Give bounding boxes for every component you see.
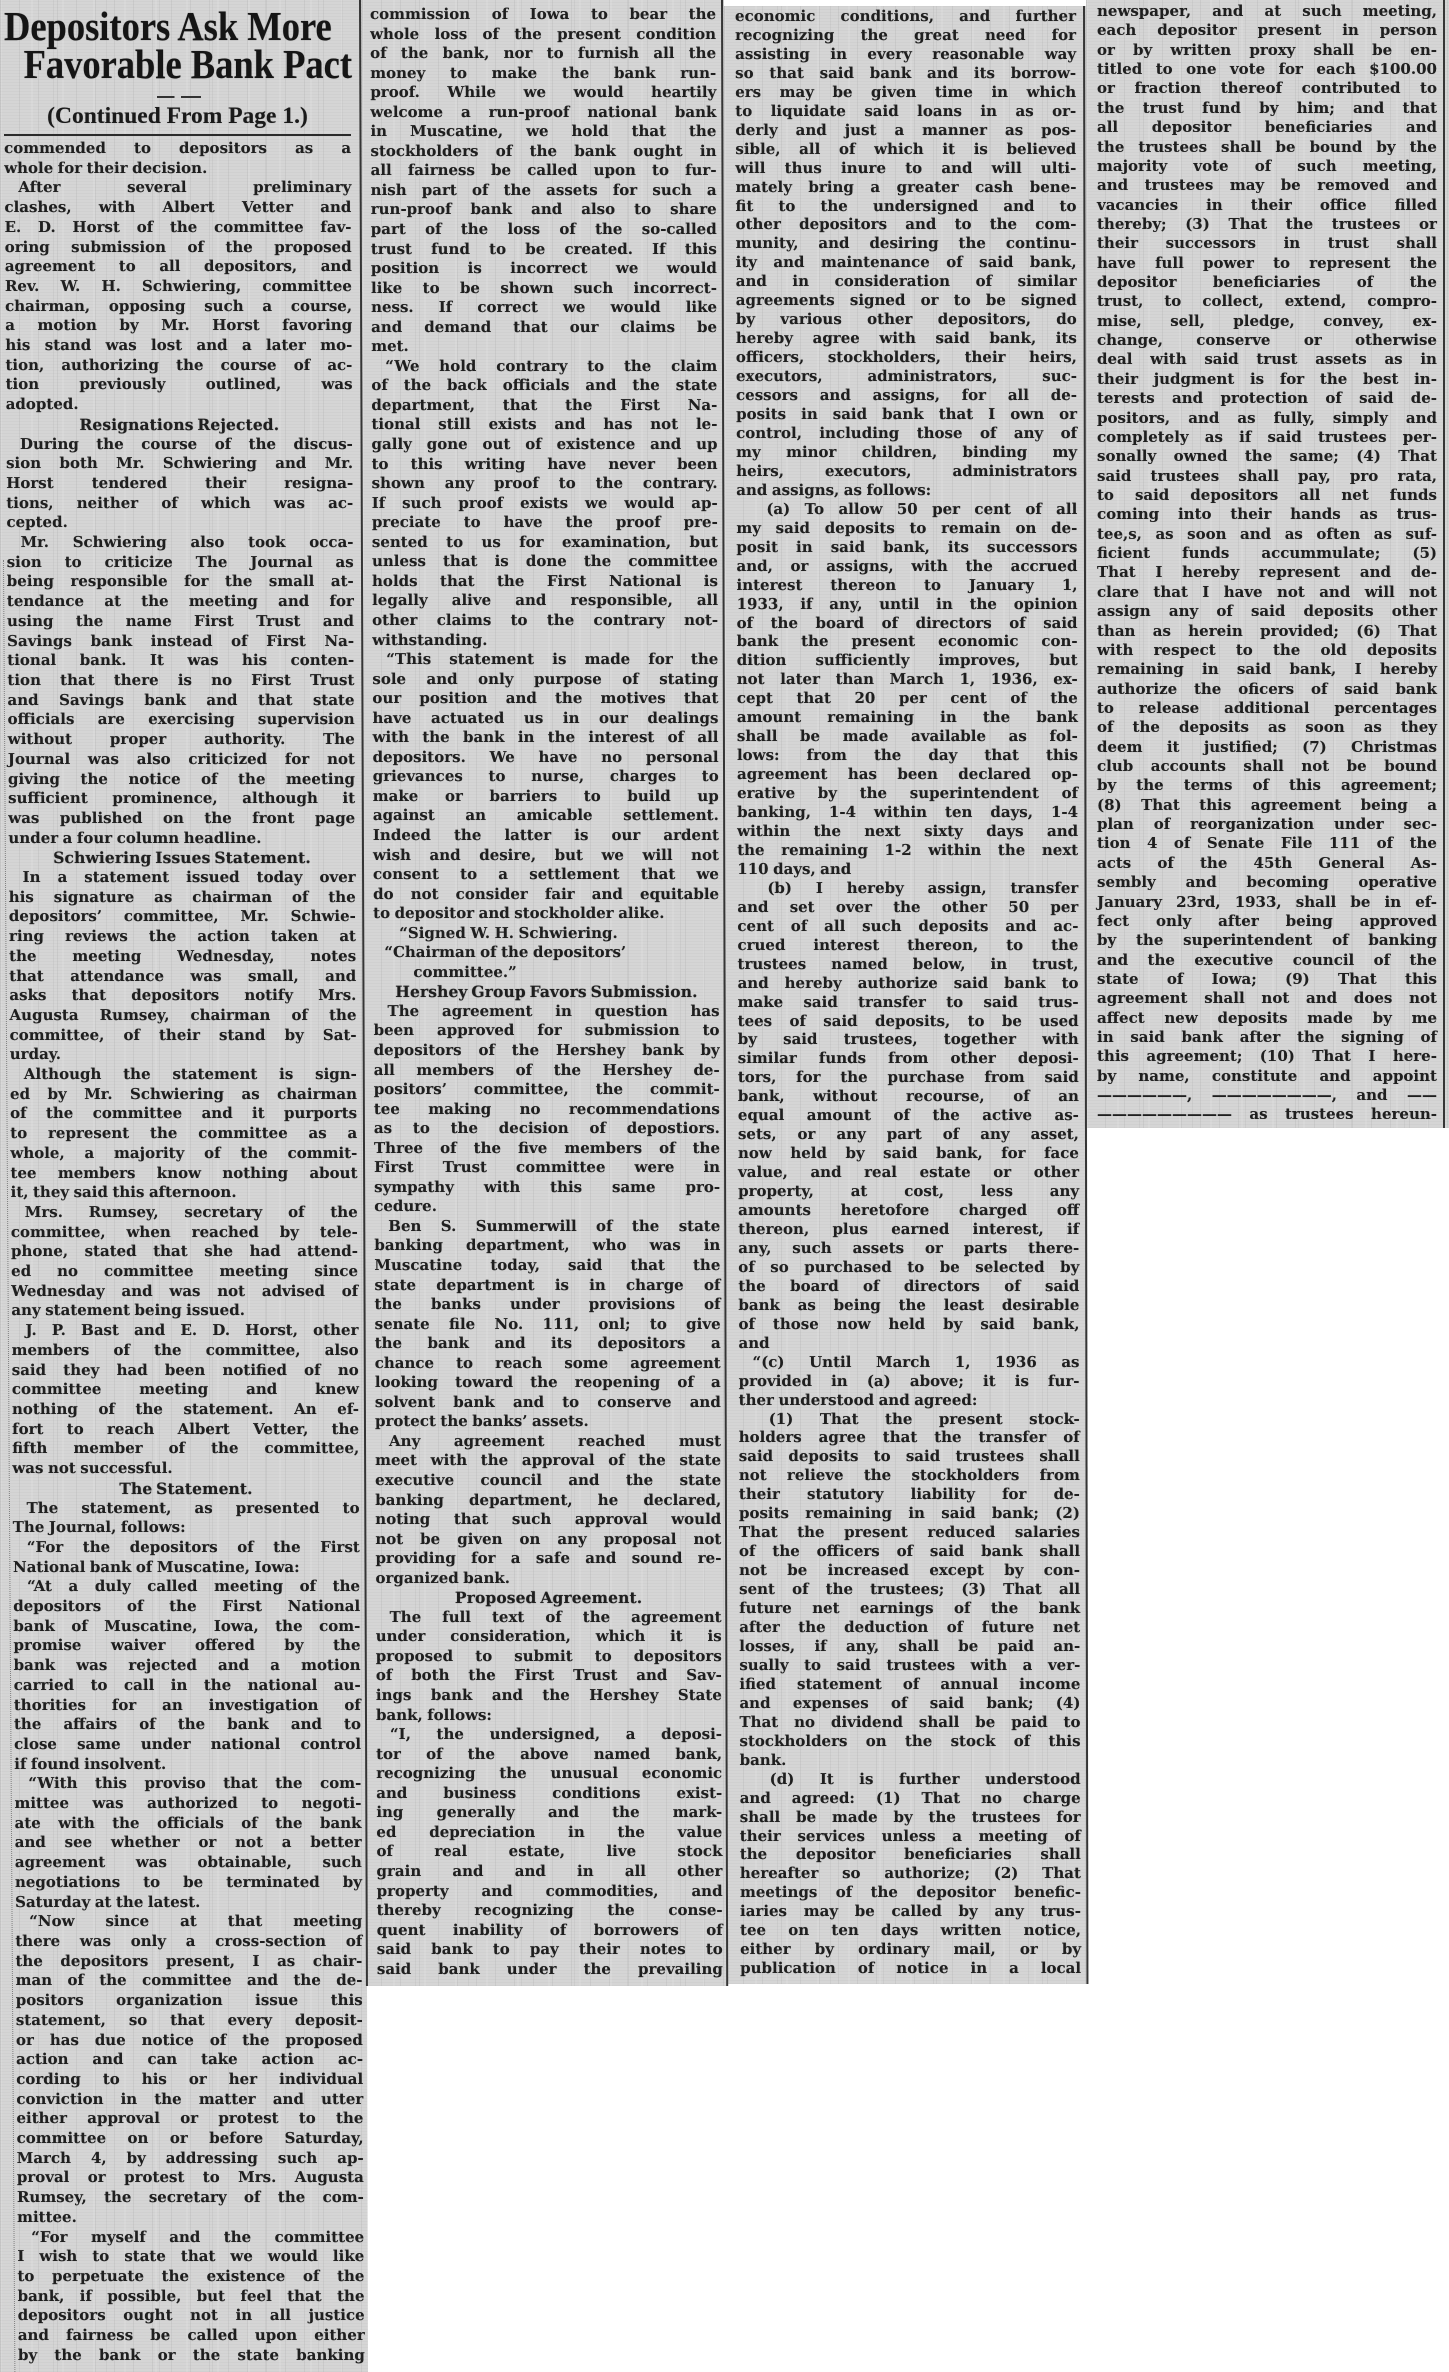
text-line: havefullpowertorepresentthe [1097,254,1437,273]
word: pledge, [1233,312,1294,331]
text-line: “Withthisprovisothatthecom- [14,1774,361,1794]
text-line: 110days,and [737,860,1078,879]
word: only [1156,912,1191,931]
word: held [790,1144,827,1163]
text-line: ersmaybegiventimeinwhich [735,83,1076,102]
word: depositor [1157,21,1237,40]
word: the [1410,273,1437,292]
word: deposits, [875,1012,950,1031]
word: crued [737,936,785,955]
word: Three [374,1139,423,1159]
word: is [704,572,718,592]
word: part [371,220,406,240]
word: majority [114,1144,184,1164]
headline-line-2: Favorable Bank Pact [24,44,352,84]
word: Proposed [455,1588,537,1608]
word: department [436,1276,534,1296]
word: grain [376,1862,421,1882]
word: com- [319,1617,360,1637]
word: to [946,993,963,1012]
word: officials [8,710,75,730]
word: trustees [1145,176,1214,195]
word: authorize; [884,1864,970,1883]
word: be [940,1258,960,1277]
word: executors, [825,462,912,481]
word: of [123,1026,140,1046]
text-line: statement,sothateverydeposit- [16,2011,363,2031]
word: of [10,1104,27,1124]
word: us [481,533,500,553]
word: would [667,259,717,279]
word: convey, [1323,312,1384,331]
word: the [468,1745,495,1765]
word: the [840,1068,867,1087]
text-line: otherdepositorsandtothecom- [736,215,1077,234]
word: day [928,746,957,765]
word: said [1359,389,1393,408]
word: Journal [8,750,70,770]
word: paid [998,1637,1034,1656]
word: suf- [1405,525,1437,544]
word: the [178,1715,206,1735]
word: any [1169,602,1198,621]
word: with [1042,1030,1079,1049]
word: future [739,1599,792,1618]
word: trustees [1318,428,1387,447]
word: state [374,1276,416,1296]
word: the [375,1295,402,1315]
word: given [457,1530,502,1550]
text-line: fectonlyafterbeingapproved [1097,912,1437,931]
word: depositor [1152,118,1232,137]
word: of [589,1119,606,1139]
word: suc- [1042,367,1077,386]
word: in [990,955,1007,974]
word: to [413,1119,430,1139]
word: tion [1097,834,1131,853]
word: or [88,2168,106,2188]
word: bank [227,1715,269,1735]
word: continu- [1006,234,1077,253]
word: of [241,1814,258,1834]
word: attendance [70,967,164,987]
word: examination, [562,533,671,553]
text-line: withinthenextsixtydaysand [737,822,1078,841]
word: deposits [1217,1009,1287,1028]
word: called [891,1902,941,1921]
word: next [864,822,900,841]
text-line: depositorsoftheFirstNational [13,1597,360,1617]
word: reached [192,1223,259,1243]
text-line: trusteesnamedbelow,intrust, [737,955,1078,974]
word: amicable [517,806,593,826]
word: which [874,140,924,159]
text-line: Anyagreementreachedmust [375,1432,721,1452]
text-line: January23rd,1933,shallbeinef- [1097,893,1437,912]
word: name [126,612,172,632]
word: loans [917,102,962,121]
paragraph: newspaper,andatsuchmeeting,eachdepositor… [1097,2,1437,1125]
word: headline. [184,829,262,849]
word: said [74,1183,108,1203]
word: by [1097,1067,1116,1086]
word: feel [240,2287,271,2307]
word: 50 [1008,898,1029,917]
text-line: Thefulltextoftheagreement [376,1608,722,1628]
text-line: Thatnodividendshallbepaidto [739,1713,1080,1732]
text-line: clashes,withAlbertVetterand [4,198,351,218]
word: trus- [1040,1902,1080,1921]
word: investigation [209,1696,319,1716]
word: to [905,159,922,178]
word: on [1015,519,1036,538]
word: posits [739,1504,789,1523]
text-line: Rev.W.H.Schwiering,committee [5,277,352,297]
paragraph: Afterseveralpreliminaryclashes,withAlber… [4,178,352,414]
word: we [696,865,719,885]
word: or [1097,79,1115,98]
word: of [1009,614,1026,633]
word: have [1097,254,1136,273]
word: mise, [1097,312,1142,331]
word: proval [17,2168,70,2188]
word: After [18,178,60,198]
word: the [204,809,232,829]
paragraph: J.P.BastandE.D.Horst,othermembersoftheco… [11,1321,359,1479]
word: asks [9,986,46,1006]
word: said [823,1012,857,1031]
word: dealings [647,709,718,729]
text-line: theaffairsofthebankandto [14,1715,361,1735]
word: banking, [737,803,811,822]
word: make [492,64,538,84]
word: purchased [804,1258,892,1277]
text-line: depositorbeneficiariesofthe [1097,273,1437,292]
word: children, [862,443,938,462]
word: the [333,1577,361,1597]
word: a [262,297,272,317]
paragraph: BenS.Summerwillofthestatebankingdepartme… [374,1217,721,1432]
word: H. [495,924,514,944]
word: that [71,986,106,1006]
word: statement [45,1301,130,1321]
word: by [958,1902,977,1921]
word: as [844,481,862,500]
word: bank [431,1940,473,1960]
word: fit [735,197,753,216]
word: ac- [338,2050,363,2070]
word: Senate [1207,834,1264,853]
word: taken [271,927,319,947]
word: as [194,1499,212,1519]
word: Rumsey, [89,1203,159,1223]
paragraph: “Weholdcontrarytotheclaimofthebackoffici… [371,357,718,650]
word: trust [371,240,412,260]
word: approved [1360,912,1437,931]
word: they [33,1183,69,1203]
text-line: alldepositorbeneficiariesand [1097,118,1437,137]
word: a [242,336,252,356]
word: in [936,595,953,614]
subheading: SchwieringIssuesStatement. [8,848,355,868]
word: additional [1224,699,1309,718]
word: same; [1290,447,1339,466]
word: be [986,291,1006,310]
word: of [1062,784,1079,803]
word: the [278,2188,306,2208]
word: January [969,576,1034,595]
word: either [314,2326,365,2346]
text-line: majorityvoteofsuchmeeting, [1097,157,1437,176]
word: called [147,1577,197,1597]
word: the [76,612,104,632]
word: bank [675,103,717,123]
word: follows: [121,1518,186,1538]
word: signed [850,291,906,310]
word: That [1398,622,1437,641]
word: That [921,1789,960,1808]
text-line: toreleaseadditionalpercentages [1097,699,1437,718]
word: than [836,670,875,689]
word: all [799,140,820,159]
word: deposits [1367,641,1437,660]
text-line: inggenerallyandthemark- [376,1803,722,1823]
word: phone, [11,1242,68,1262]
word: and [169,2228,200,2248]
word: coming [1097,505,1159,524]
word: and [1097,176,1128,195]
text-line: nothingofthestatement.Anef- [12,1400,359,1420]
word: negotiations [15,1873,120,1893]
word: ers [735,83,761,102]
text-line: thetrustfundbyhim;andthat [1097,99,1437,118]
word: state [679,1451,721,1471]
word: been [165,1361,206,1381]
word: funds [1390,486,1437,505]
text-line: oringsubmissionoftheproposed [5,238,352,258]
word: said [1097,467,1131,486]
subheading-text: HersheyGroupFavorsSubmission. [373,982,719,1002]
text-line: waspublishedonthefrontpage [8,809,355,829]
word: Mr. [161,316,189,336]
word: council [1293,951,1354,970]
word: as [374,1119,392,1139]
text-line: tothiswritinghaveneverbeen [372,455,718,475]
word: both [59,454,97,474]
word: depositors [179,139,267,159]
word: any [1014,424,1043,443]
word: all [824,917,845,936]
word: days [881,1921,918,1940]
word: removed [1317,176,1389,195]
word: called [527,161,577,181]
text-line: titledtoonevoteforeach$100.00 [1097,60,1437,79]
word: 50 [897,500,918,519]
word: declared [958,765,1031,784]
text-line: losses,ifany,shallbepaidan- [739,1637,1080,1656]
word: clare [1097,583,1139,602]
word: meeting, [1363,2,1437,21]
word: said [983,993,1017,1012]
word: the [273,1538,301,1558]
word: as [1005,121,1023,140]
word: full [442,1608,471,1628]
word: shown [500,279,553,299]
text-line: wholelossofthepresentcondition [370,25,716,45]
text-line: theremaining1-2withinthenext [737,841,1078,860]
word: previously [79,375,165,395]
text-line: ityandmaintenanceofsaidbank, [736,253,1077,272]
word: the [1297,1028,1324,1047]
word: appoint [1373,1067,1437,1086]
word: trustees; [870,1580,944,1599]
word: economic [642,1764,722,1784]
word: cept [737,689,773,708]
word: its [974,64,995,83]
word: with [99,198,136,218]
word: no [794,1713,815,1732]
word: and [1240,525,1271,544]
word: (4) [1056,1694,1081,1713]
text-line: “Nowsinceatthatmeeting [15,1912,362,1932]
text-line: depositorsoughtnotinalljustice [18,2306,365,2326]
text-line: Indeedthelatterisourardent [373,826,719,846]
word: agreement; [1341,776,1437,795]
word: nothing [222,1164,288,1184]
word: purchase [887,1068,964,1087]
text-line: withthebankintheinterestofall [373,728,719,748]
text-line: manofthecommitteeandthede- [16,1971,363,1991]
word: successful. [80,1459,172,1479]
text-line: toperpetuatetheexistenceofthe [17,2267,364,2287]
word: used [1039,1012,1078,1031]
word: any [557,1530,586,1550]
word: stock [951,1732,996,1751]
word: under [510,1295,560,1315]
word: of [789,1012,806,1031]
word: of [1014,1732,1031,1751]
word: state [124,2247,166,2267]
word: one [1186,60,1216,79]
word: by [18,2346,37,2366]
word: favoring [282,316,352,336]
word: not- [684,611,718,631]
word: pay, [1298,467,1331,486]
word: recommendations [569,1100,720,1120]
word: now [738,1144,772,1163]
text-line: grainandandinallother [376,1862,722,1882]
word: “Chairman [384,943,475,963]
word: Statement. [214,848,311,868]
word: claims [620,318,675,338]
paragraph: Mr.Schwieringalsotookocca-siontocriticiz… [6,533,355,848]
text-line: notbeincreasedexceptbycon- [739,1561,1080,1580]
text-line: heirs,executors,administrators [736,462,1077,481]
word: 1936, [991,670,1038,689]
word: Agreement. [540,1588,642,1608]
word: depositors, [938,310,1031,329]
word: for [648,650,672,670]
word: the [337,2267,365,2287]
word: agreement [5,257,96,277]
word: their [739,1485,780,1504]
text-line: willthusinuretoandwillulti- [735,159,1076,178]
word: as [1061,1353,1079,1372]
word: 45th [1254,854,1293,873]
word: that [632,122,667,142]
word: committee [17,2129,107,2149]
word: tele- [320,1223,358,1243]
word: this [112,1183,144,1203]
word: meeting [293,1912,362,1932]
word: bank [882,405,924,424]
word: sets, [738,1125,777,1144]
word: course [221,356,277,376]
word: sufficiently [815,651,909,670]
word: of [897,1542,914,1561]
word: of [545,1608,562,1628]
word: of [946,253,963,272]
word: done [526,552,567,572]
word: of [903,1675,920,1694]
text-line: myminorchildren,bindingmy [736,443,1077,462]
word: agreement [1097,989,1187,1008]
word: committee, [264,1439,359,1459]
word: be [1372,41,1392,60]
word: paid [1011,1713,1047,1732]
text-line: thisagreement;(10)ThatIhere- [1097,1047,1437,1066]
word: but [555,846,583,866]
word: run-proof [371,200,452,220]
word: S. [441,1217,457,1237]
word: that [984,746,1019,765]
word: their [1251,196,1292,215]
word: heretofore [841,1201,930,1220]
text-line: futurenetearningsofthebank [739,1599,1080,1618]
word: is [1250,370,1264,389]
word: action [262,2050,315,2070]
word: said [377,1960,411,1980]
word: by [815,1940,834,1959]
text-line: depositors’committee,Mr.Schwie- [9,907,356,927]
word: committee, [11,1223,106,1243]
word: sec- [1404,815,1437,834]
word: no [601,748,622,768]
word: provisions [589,1295,675,1315]
text-line: Althoughthestatementissign- [10,1065,357,1085]
paragraph: Duringthecourseofthediscus-sionbothMr.Sc… [6,435,354,534]
word: only [131,1932,166,1952]
word: the [454,826,481,846]
word: vacancies [1097,196,1178,215]
word: she [204,1242,233,1262]
word: shall [919,1713,960,1732]
word: or [1097,41,1115,60]
word: later [266,336,306,356]
word: depositors [130,1538,218,1558]
text-line: tionthatthereisnoFirstTrust [7,671,354,691]
paragraph: “Atadulycalledmeetingofthedepositorsofth… [13,1577,361,1774]
word: days [986,822,1023,841]
word: committee, [124,907,219,927]
word: ————————— [1097,1105,1232,1124]
word: Journal, [49,1518,117,1538]
word: negoti- [302,1794,362,1814]
word: has [50,2031,79,2051]
text-line: it,theysaidthisafternoon. [11,1183,358,1203]
word: be [855,1902,875,1921]
word: W. [470,924,490,944]
